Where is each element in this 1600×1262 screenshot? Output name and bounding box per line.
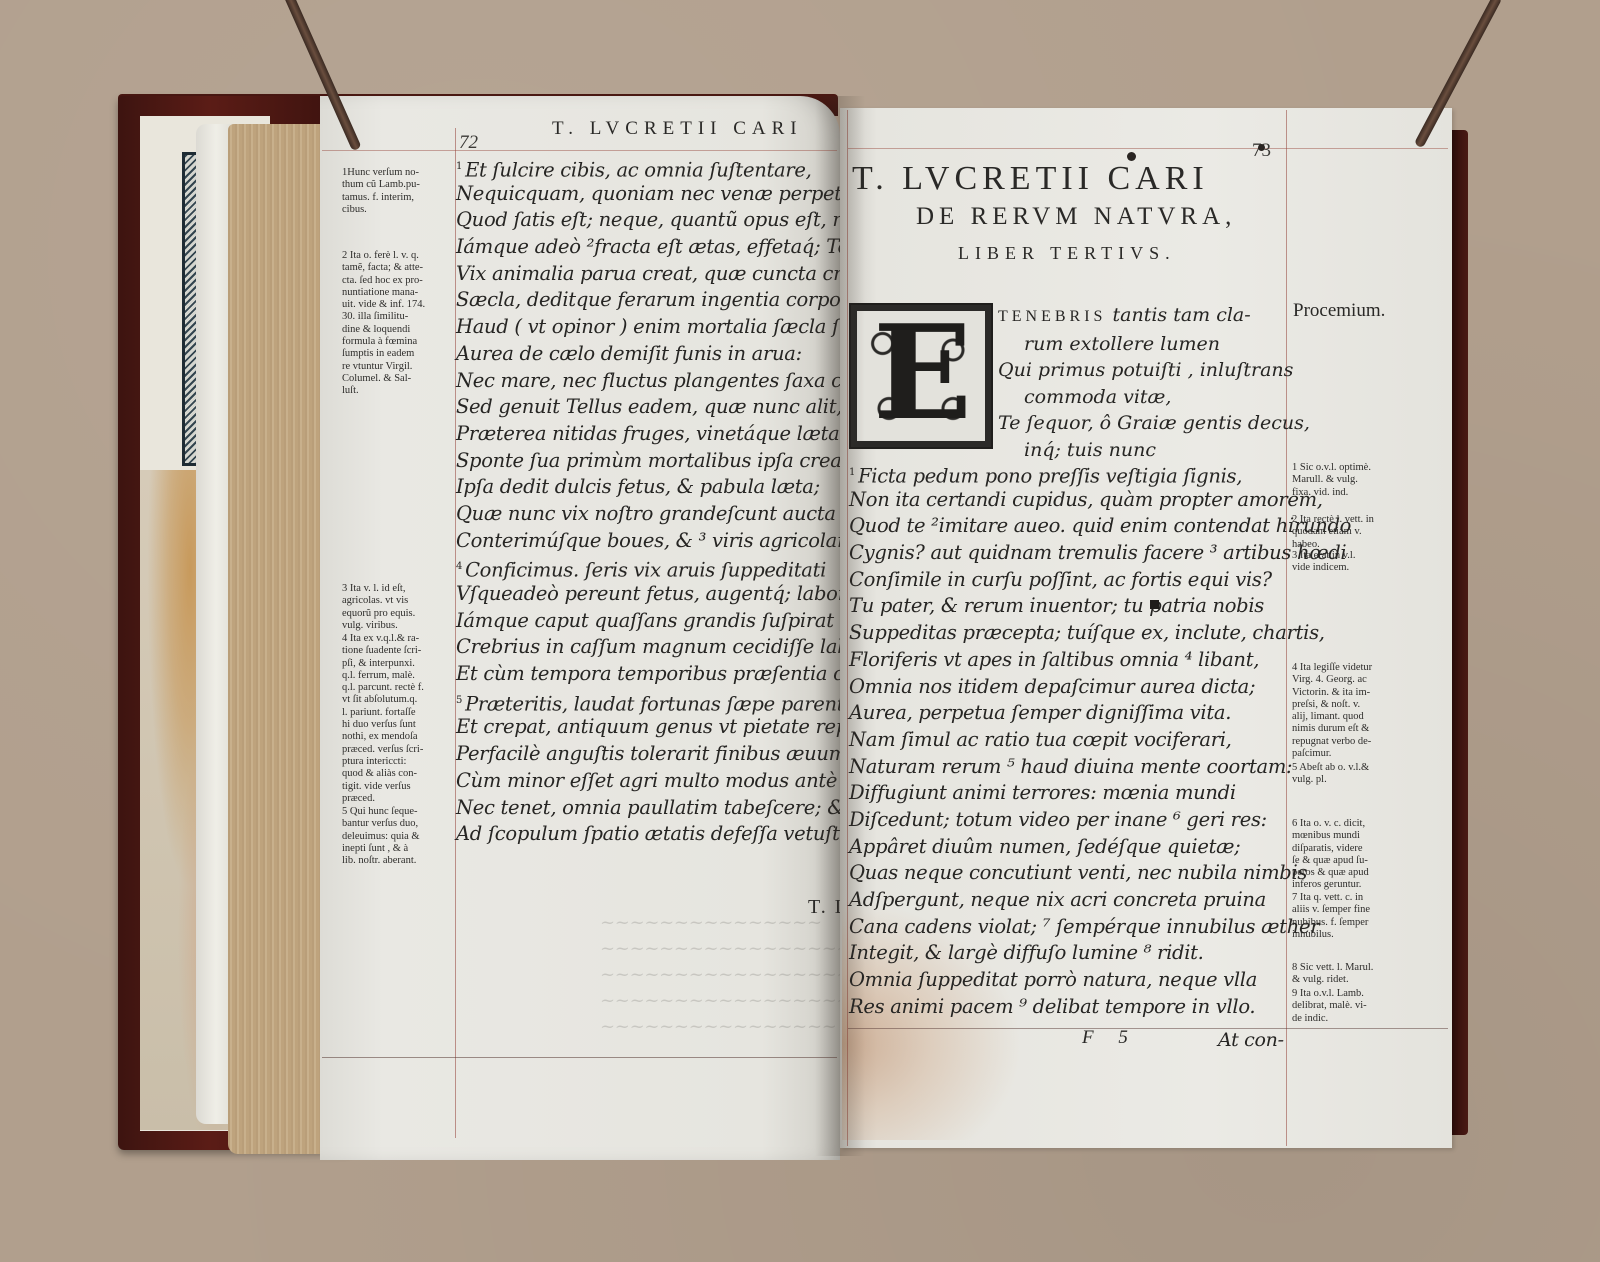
margin-note-3: 3 Ita v. l. id eſt,agricolas. vt visequo…	[342, 583, 415, 632]
gutter-shadow	[815, 96, 865, 1156]
margin-note-8: 8 Sic vett. l. Marul.& vulg. ridet.	[1292, 962, 1373, 987]
margin-note-line: inepti ſunt , & à	[342, 843, 420, 855]
verse-text: Appâret diuûm numen, ſedéſque quietæ;	[849, 835, 1240, 858]
margin-note-4: 4 Ita ex v.q.l.& ra-tione ſuadente ſcri-…	[342, 633, 424, 805]
opening-lines: TENEBRIS tantis tam cla-rum extollere lu…	[998, 302, 1310, 463]
verse-text: Tu pater, & rerum inuentor; tu patria no…	[849, 594, 1264, 617]
margin-note-line: ſe & quæ apud ſu-	[1292, 855, 1369, 867]
verse-line: Adſpergunt, neque nix acri concreta prui…	[849, 887, 1351, 914]
margin-note-line: nimis durum eſt &	[1292, 723, 1372, 735]
verse-text: Præteritis, laudat fortunas ſæpe parenti…	[465, 692, 866, 715]
verse-text: Omnia ſuppeditat porrò natura, neque vll…	[849, 968, 1257, 991]
margin-note-line: 3 Ita v. l. id eſt,	[342, 583, 415, 595]
opening-line: rum extollere lumen	[998, 331, 1310, 358]
verse-text: Quod te ²imitare aueo. quid enim contend…	[849, 514, 1351, 537]
verse-line: Non ita certandi cupidus, quàm propter a…	[849, 487, 1351, 514]
work-title: DE RERVM NATVRA,	[916, 203, 1236, 231]
margin-note-line: 6 Ita o. v. c. dicit,	[1292, 818, 1369, 830]
margin-note-line: præced.	[342, 793, 424, 805]
margin-note-6: 6 Ita o. v. c. dicit,mœnibus mundidiſpar…	[1292, 818, 1369, 892]
margin-note-line: 9 Ita o.v.l. Lamb.	[1292, 988, 1367, 1000]
margin-note-line: equorũ pro equis.	[342, 608, 415, 620]
page-block-fore-edge	[228, 124, 323, 1154]
margin-note-line: paſcimur.	[1292, 748, 1372, 760]
margin-note-line: de indic.	[1292, 1013, 1367, 1025]
opening-small-caps: TENEBRIS	[998, 308, 1106, 325]
footnote-marker: 5	[456, 695, 462, 706]
verse-text: Aurea, perpetua ſemper digniſſima vita.	[849, 701, 1231, 724]
verse-text: Conſimile in curſu poſſint, ac fortis eq…	[849, 568, 1272, 591]
margin-note-line: 30. illa ſimilitu-	[342, 311, 425, 323]
margin-note-line: Virg. 4. Georg. ac	[1292, 674, 1372, 686]
margin-note-line: cta. ſed hoc ex pro-	[342, 275, 425, 287]
margin-note-line: lib. noſtr. aberant.	[342, 855, 420, 867]
margin-note-line: preſsi, & noſt. v.	[1292, 699, 1372, 711]
verse-line: Cygnis? aut quidnam tremulis facere ³ ar…	[849, 540, 1351, 567]
margin-note-2: 2 Ita rectè l. vett. inquodam etiam v.ha…	[1292, 514, 1374, 551]
margin-note-line: 5 Abeſt ab o. v.l.&	[1292, 762, 1369, 774]
margin-note-line: 8 Sic vett. l. Marul.	[1292, 962, 1373, 974]
right-page-foot-rule	[848, 1028, 1448, 1029]
verse-text: Suppeditas præcepta; tuíſque ex, inclute…	[849, 621, 1325, 644]
verse-text: Integit, & largè diffuſo lumine ⁸ ridit.	[849, 941, 1204, 964]
verse-line: Floriferis vt apes in ſaltibus omnia ⁴ l…	[849, 647, 1351, 674]
verse-line: Quas neque concutiunt venti, nec nubila …	[849, 860, 1351, 887]
margin-note-line: cibus.	[342, 204, 420, 216]
left-page-head-rule	[322, 150, 837, 151]
margin-note-line: vulg. pl.	[1292, 774, 1369, 786]
verse-line: Integit, & largè diffuſo lumine ⁸ ridit.	[849, 940, 1351, 967]
margin-note-line: tamẽ, facta; & atte-	[342, 262, 425, 274]
right-page-head-rule	[848, 148, 1448, 149]
margin-note-line: re vtuntur Virgil.	[342, 361, 425, 373]
verse-text: Diſcedunt; totum video per inane ⁶ geri …	[849, 808, 1267, 831]
margin-note-line: 4 Ita ex v.q.l.& ra-	[342, 633, 424, 645]
margin-note-line: bantur verſus duo,	[342, 818, 420, 830]
margin-note-line: vt ſit abſolutum.q.	[342, 694, 424, 706]
margin-note-line: l. pariunt. fortaſſe	[342, 707, 424, 719]
margin-note-line: 4 Ita legiſſe videtur	[1292, 662, 1372, 674]
margin-note-line: quodam etiam v.	[1292, 526, 1374, 538]
opening-line: Te ſequor, ô Graiæ gentis decus,	[998, 410, 1310, 437]
margin-note-line: tigit. vide verſus	[342, 781, 424, 793]
opening-text: commoda vitæ,	[1024, 386, 1171, 408]
margin-note-line: q.l. ferrum, malè.	[342, 670, 424, 682]
verse-text: Ad ſcopulum ſpatio ætatis defeſſa vetuſt…	[456, 822, 857, 845]
verse-text: Nec tenet, omnia paullatim tabeſcere; & …	[456, 796, 876, 819]
margin-note-2: 2 Ita o. ferè l. v. q.tamẽ, facta; & att…	[342, 250, 425, 398]
margin-note-line: nothi, ex mendoſa	[342, 731, 424, 743]
footnote-marker: 1	[456, 161, 462, 172]
margin-note-line: thum cũ Lamb.pu-	[342, 179, 420, 191]
margin-note-line: mœnibus mundi	[1292, 830, 1369, 842]
verse-line: Suppeditas præcepta; tuíſque ex, inclute…	[849, 620, 1351, 647]
verse-text: Adſpergunt, neque nix acri concreta prui…	[849, 888, 1266, 911]
verse-line: Diffugiunt animi terrores: mœnia mundi	[849, 780, 1351, 807]
footnote-marker: 4	[456, 561, 462, 572]
margin-note-line: dine & loquendi	[342, 324, 425, 336]
verse-line: Nam ſimul ac ratio tua cœpit vociferari,	[849, 727, 1351, 754]
drop-cap-letter: E	[873, 309, 969, 437]
verse-text: Floriferis vt apes in ſaltibus omnia ⁴ l…	[849, 648, 1259, 671]
verse-text: Et ſulcire cibis, ac omnia ſuſtentare,	[465, 159, 811, 182]
margin-note-line: 1Hunc verſum no-	[342, 167, 420, 179]
margin-note-line: 2 Ita o. ferè l. v. q.	[342, 250, 425, 262]
verse-text: Res animi pacem ⁹ delibat tempore in vll…	[849, 995, 1255, 1018]
margin-note-line: diſparatis, videre	[1292, 843, 1369, 855]
margin-note-9: 9 Ita o.v.l. Lamb.delibrat, malè. vi-de …	[1292, 988, 1367, 1025]
verse-text: Conterimúſque boues, & ³ viris agricolar…	[456, 529, 876, 552]
left-page-number: 72	[459, 132, 478, 154]
signature-mark: F 5	[1082, 1027, 1138, 1049]
margin-note-line: Columel. & Sal-	[342, 373, 425, 385]
margin-note-line: q.l. parcunt. rectè f.	[342, 682, 424, 694]
margin-note-1: 1Hunc verſum no-thum cũ Lamb.pu-tamus. f…	[342, 167, 420, 216]
margin-note-line: 7 Ita q. vett. c. in	[1292, 892, 1370, 904]
margin-note-line: formula à fœmina	[342, 336, 425, 348]
margin-note-line: 1 Sic o.v.l. optimè.	[1292, 462, 1371, 474]
margin-note-3: 3 Ita erat in v.l.vide indicem.	[1292, 550, 1355, 575]
verse-text: Diffugiunt animi terrores: mœnia mundi	[849, 781, 1236, 804]
margin-note-line: 2 Ita rectè l. vett. in	[1292, 514, 1374, 526]
opening-text: inq́; tuis nunc	[1024, 439, 1156, 461]
margin-note-line: pſi, & interpunxi.	[342, 658, 424, 670]
verse-text: Non ita certandi cupidus, quàm propter a…	[849, 488, 1323, 511]
margin-note-7: 7 Ita q. vett. c. inaliis v. ſemper fine…	[1292, 892, 1370, 941]
verse-line: Diſcedunt; totum video per inane ⁶ geri …	[849, 807, 1351, 834]
margin-note-line: peros & quæ apud	[1292, 867, 1369, 879]
margin-note-line: agricolas. vt vis	[342, 595, 415, 607]
margin-note-5: 5 Abeſt ab o. v.l.&vulg. pl.	[1292, 762, 1369, 787]
verse-text: Aurea de cælo demiſit funis in arua:	[456, 342, 802, 365]
verse-text: Vſqueadeò pereunt fetus, augentq́; labor…	[456, 582, 873, 605]
margin-note-line: Marull. & vulg.	[1292, 474, 1371, 486]
verse-line: Aurea, perpetua ſemper digniſſima vita.	[849, 700, 1351, 727]
margin-note-line: ſumptis in eadem	[342, 348, 425, 360]
margin-note-line: 3 Ita erat in v.l.	[1292, 550, 1355, 562]
right-holding-pin	[1414, 0, 1503, 148]
margin-note-line: innubilus.	[1292, 929, 1370, 941]
verse-line: Res animi pacem ⁹ delibat tempore in vll…	[849, 994, 1351, 1021]
verse-text: Præterea nitidas fruges, vinetáque læta	[456, 422, 839, 445]
book-cover-right	[1452, 130, 1468, 1135]
margin-note-line: deleuimus: quia &	[342, 831, 420, 843]
verse-line: 1Ficta pedum pono preſſis veſtigia ſigni…	[849, 460, 1351, 487]
margin-note-line: hi duo verſus ſunt	[342, 719, 424, 731]
opening-line: Qui primus potuiſti , inluſtrans	[998, 357, 1310, 384]
wormhole	[1258, 144, 1265, 151]
verse-text: Naturam rerum ⁵ haud diuina mente coorta…	[849, 755, 1292, 778]
opening-line: TENEBRIS tantis tam cla-	[998, 302, 1310, 331]
book-title: T. LVCRETII CARI	[852, 160, 1209, 198]
margin-note-line: quod & aliàs con-	[342, 768, 424, 780]
opening-text: Te ſequor, ô Graiæ gentis decus,	[998, 412, 1310, 434]
verse-text: Perfacilè anguſtis tolerarit finibus æuu…	[456, 742, 853, 765]
margin-note-line: ptura intericcti:	[342, 756, 424, 768]
margin-note-line: nuntiatione mana-	[342, 287, 425, 299]
left-running-head: T. LVCRETII CARI	[552, 118, 803, 140]
verse-text: Nam ſimul ac ratio tua cœpit vociferari,	[849, 728, 1232, 751]
margin-note-line: aliis v. ſemper fine	[1292, 904, 1370, 916]
verse-text: Ipſa dedit dulcis fetus, & pabula læta;	[456, 475, 820, 498]
ink-blot	[1150, 600, 1159, 609]
verse-text: Ficta pedum pono preſſis veſtigia ſignis…	[858, 465, 1242, 488]
margin-note-5: 5 Qui hunc ſeque-bantur verſus duo,deleu…	[342, 806, 420, 867]
verse-text: Conficimus. ſeris vix aruis ſuppeditati	[465, 559, 826, 582]
opening-text: Qui primus potuiſti , inluſtrans	[998, 359, 1293, 381]
margin-note-line: luſt.	[342, 385, 425, 397]
margin-note-line: fixa. vid. ind.	[1292, 487, 1371, 499]
verse-text: Sponte ſua primùm mortalibus ipſa creaui…	[456, 449, 874, 472]
verse-text: Omnia nos itidem depaſcimur aurea dicta;	[849, 675, 1255, 698]
margin-note-line: præced. verſus ſcri-	[342, 744, 424, 756]
verse-line: Cana cadens violat; ⁷ ſempérque innubilu…	[849, 914, 1351, 941]
left-page-foot-rule	[322, 1057, 837, 1058]
margin-note-line: inferos geruntur.	[1292, 879, 1369, 891]
verse-line: Omnia nos itidem depaſcimur aurea dicta;	[849, 674, 1351, 701]
opening-text: rum extollere lumen	[1024, 333, 1220, 355]
verse-line: Naturam rerum ⁵ haud diuina mente coorta…	[849, 754, 1351, 781]
wormhole	[1127, 152, 1136, 161]
verse-line: Conſimile in curſu poſſint, ac fortis eq…	[849, 567, 1351, 594]
margin-note-line: vide indicem.	[1292, 562, 1355, 574]
margin-note-4: 4 Ita legiſſe videturVirg. 4. Georg. acV…	[1292, 662, 1372, 760]
verse-text: Quas neque concutiunt venti, nec nubila …	[849, 861, 1307, 884]
margin-note-line: tione ſuadente ſcri-	[342, 645, 424, 657]
right-page-verses: 1Ficta pedum pono preſſis veſtigia ſigni…	[849, 460, 1351, 1020]
margin-note-line: uit. vide & inf. 174.	[342, 299, 425, 311]
margin-note-line: tamus. f. interim,	[342, 192, 420, 204]
right-catchword: At con-	[1218, 1027, 1284, 1054]
margin-note-line: Victorin. & ita im-	[1292, 687, 1372, 699]
verse-text: Cygnis? aut quidnam tremulis facere ³ ar…	[849, 541, 1346, 564]
margin-note-line: alij, limant. quod	[1292, 711, 1372, 723]
opening-line: commoda vitæ,	[998, 384, 1310, 411]
margin-note-line: & vulg. ridet.	[1292, 974, 1373, 986]
verse-line: Tu pater, & rerum inuentor; tu patria no…	[849, 593, 1351, 620]
ornamental-drop-cap: E	[849, 303, 993, 449]
margin-note-line: vulg. viribus.	[342, 620, 415, 632]
verse-line: Omnia ſuppeditat porrò natura, neque vll…	[849, 967, 1351, 994]
margin-note-line: delibrat, malè. vi-	[1292, 1000, 1367, 1012]
margin-note-line: repugnat verbo de-	[1292, 736, 1372, 748]
margin-note-line: nubibus. f. ſemper	[1292, 917, 1370, 929]
book-number: LIBER TERTIVS.	[958, 243, 1176, 264]
margin-note-1: 1 Sic o.v.l. optimè.Marull. & vulg.fixa.…	[1292, 462, 1371, 499]
verse-line: Appâret diuûm numen, ſedéſque quietæ;	[849, 834, 1351, 861]
side-heading: Procemium.	[1293, 300, 1385, 322]
opening-text: tantis tam cla-	[1106, 304, 1250, 326]
verse-text: Cana cadens violat; ⁷ ſempérque innubilu…	[849, 915, 1319, 938]
margin-note-line: 5 Qui hunc ſeque-	[342, 806, 420, 818]
verse-line: Quod te ²imitare aueo. quid enim contend…	[849, 513, 1351, 540]
